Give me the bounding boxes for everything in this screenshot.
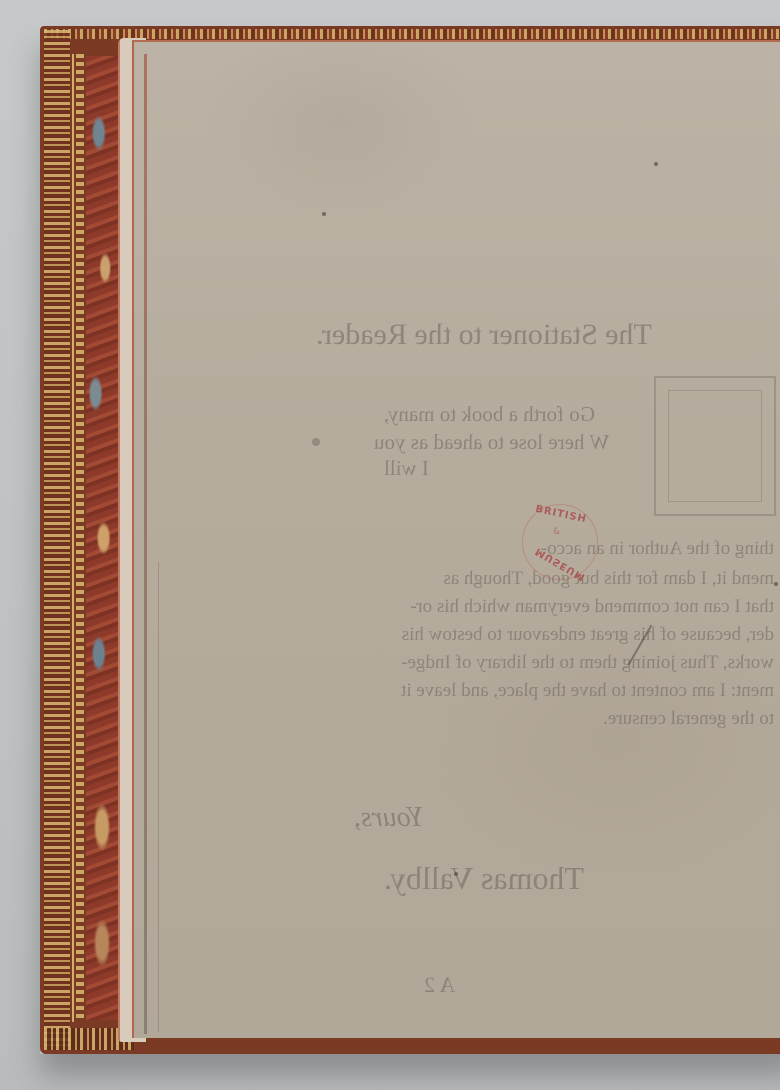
signature-mark: A 2 bbox=[424, 972, 455, 998]
paper-speck bbox=[774, 582, 778, 586]
woodcut-frame-ghost bbox=[654, 376, 776, 516]
page-inner-rule bbox=[158, 562, 159, 1032]
gilt-border-inner bbox=[76, 54, 84, 1022]
paper-speck bbox=[454, 872, 458, 876]
bleed-closing: Yours, bbox=[354, 802, 424, 834]
paper-speck bbox=[322, 212, 326, 216]
bleed-prose-line: mend it, I dam for this but good, Though… bbox=[214, 568, 774, 590]
bleed-prose-line: that I can not commend everyman which hi… bbox=[214, 596, 774, 618]
gilt-border-top bbox=[44, 29, 780, 39]
stamp-bottom-text: MUSEUM bbox=[534, 545, 583, 580]
stamp-top-text: BRITISH bbox=[531, 503, 592, 526]
marbled-endpaper bbox=[86, 56, 118, 1020]
british-museum-stamp: BRITISH & MUSEUM bbox=[522, 504, 598, 580]
paper-speck bbox=[654, 162, 658, 166]
bleed-heading: The Stationer to the Reader. bbox=[274, 318, 694, 352]
stamp-middle-text: & bbox=[553, 527, 560, 537]
bleed-verse-line: W here lose to ahead as you bbox=[374, 430, 609, 455]
bleed-verse-line: I will bbox=[384, 456, 429, 481]
paper-speck bbox=[312, 438, 320, 446]
bleed-prose-line: works, Thus joining them to the library … bbox=[214, 652, 774, 674]
gilt-border-outer bbox=[44, 30, 70, 1048]
bleed-prose-line: thing of the Author in an acco- bbox=[214, 538, 774, 560]
bleed-signature: Thomas Vallby. bbox=[384, 860, 584, 897]
bleed-prose-line: der, because of his great endeavour to b… bbox=[214, 624, 774, 646]
page-margin-rule bbox=[144, 54, 147, 1034]
gilt-rule bbox=[72, 54, 74, 1022]
bleed-prose-line: ment: I am content to have the place, an… bbox=[214, 680, 774, 702]
bleed-verse-line: Go forth a book to many, bbox=[384, 402, 595, 427]
book: The Stationer to the Reader. Go forth a … bbox=[40, 26, 780, 1054]
page: The Stationer to the Reader. Go forth a … bbox=[132, 40, 780, 1038]
bleed-prose-line: to the general censure. bbox=[214, 708, 774, 730]
